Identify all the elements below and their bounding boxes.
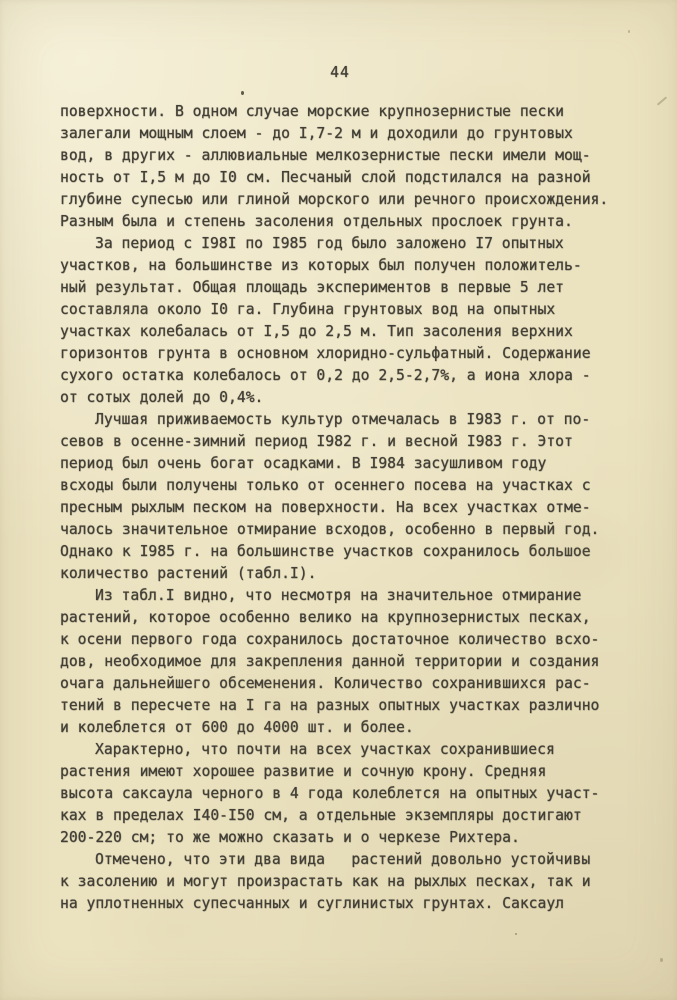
paragraph: поверхности. В одном случае морские круп…: [60, 101, 620, 233]
paper-speck: [628, 30, 630, 33]
paragraph: Характерно, что почти на всех участках с…: [60, 739, 620, 849]
page-number: 44: [60, 62, 620, 84]
paragraph: Лучшая приживаемость культур отмечалась …: [60, 409, 620, 585]
paper-scratch: [657, 96, 667, 105]
paragraph: За период с I98I по I985 год было заложе…: [60, 233, 620, 409]
paragraph: Из табл.I видно, что несмотря на значите…: [60, 585, 620, 739]
paragraph: Отмечено, что эти два вида растений дово…: [60, 849, 620, 915]
scanned-document-page: 44 поверхности. В одном случае морские к…: [0, 0, 677, 1000]
paper-speck: [660, 958, 663, 962]
page-text-block: 44 поверхности. В одном случае морские к…: [60, 62, 620, 915]
paper-speck: [515, 933, 517, 935]
